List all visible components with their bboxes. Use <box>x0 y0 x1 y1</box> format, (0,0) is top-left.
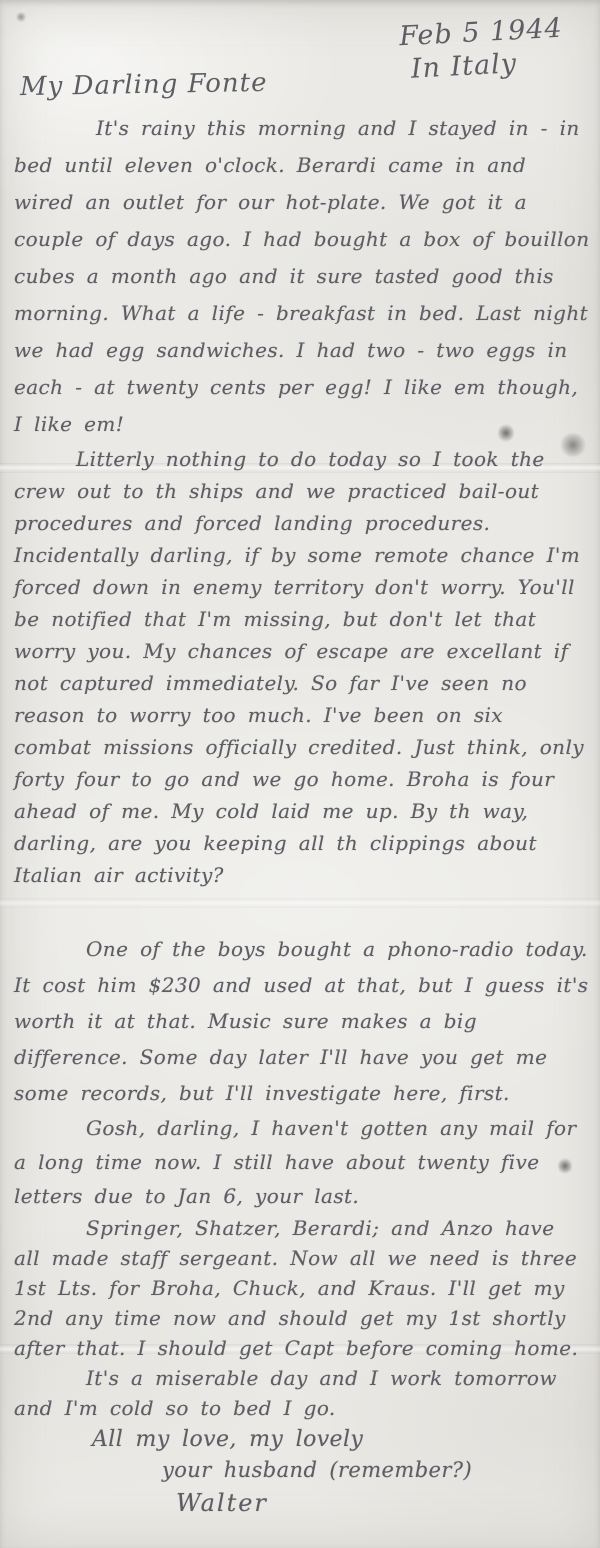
ink-smudge-mark <box>16 12 26 22</box>
salutation: My Darling Fonte <box>20 68 268 102</box>
paragraph-mail: Gosh, darling, I haven't gotten any mail… <box>14 1111 592 1213</box>
letter-body: It's rainy this morning and I stayed in … <box>14 110 592 1519</box>
location-line: In Italy <box>410 45 565 86</box>
handwritten-letter-page: Feb 5 1944 In Italy My Darling Fonte It'… <box>0 0 600 1548</box>
date-block: Feb 5 1944 In Italy <box>398 12 565 86</box>
closing-line: All my love, my lovely <box>92 1425 592 1455</box>
paragraph-breakfast-in-bed: It's rainy this morning and I stayed in … <box>14 110 592 443</box>
signoff-line: your husband (remember?) <box>162 1455 592 1485</box>
paragraph-miserable-day: It's a miserable day and I work tomorrow… <box>14 1363 592 1423</box>
signature: Walter <box>176 1487 592 1519</box>
paragraph-promotions: Springer, Shatzer, Berardi; and Anzo hav… <box>14 1213 592 1363</box>
paragraph-phono-radio: One of the boys bought a phono-radio tod… <box>14 931 592 1111</box>
paragraph-missions: Litterly nothing to do today so I took t… <box>14 443 592 891</box>
